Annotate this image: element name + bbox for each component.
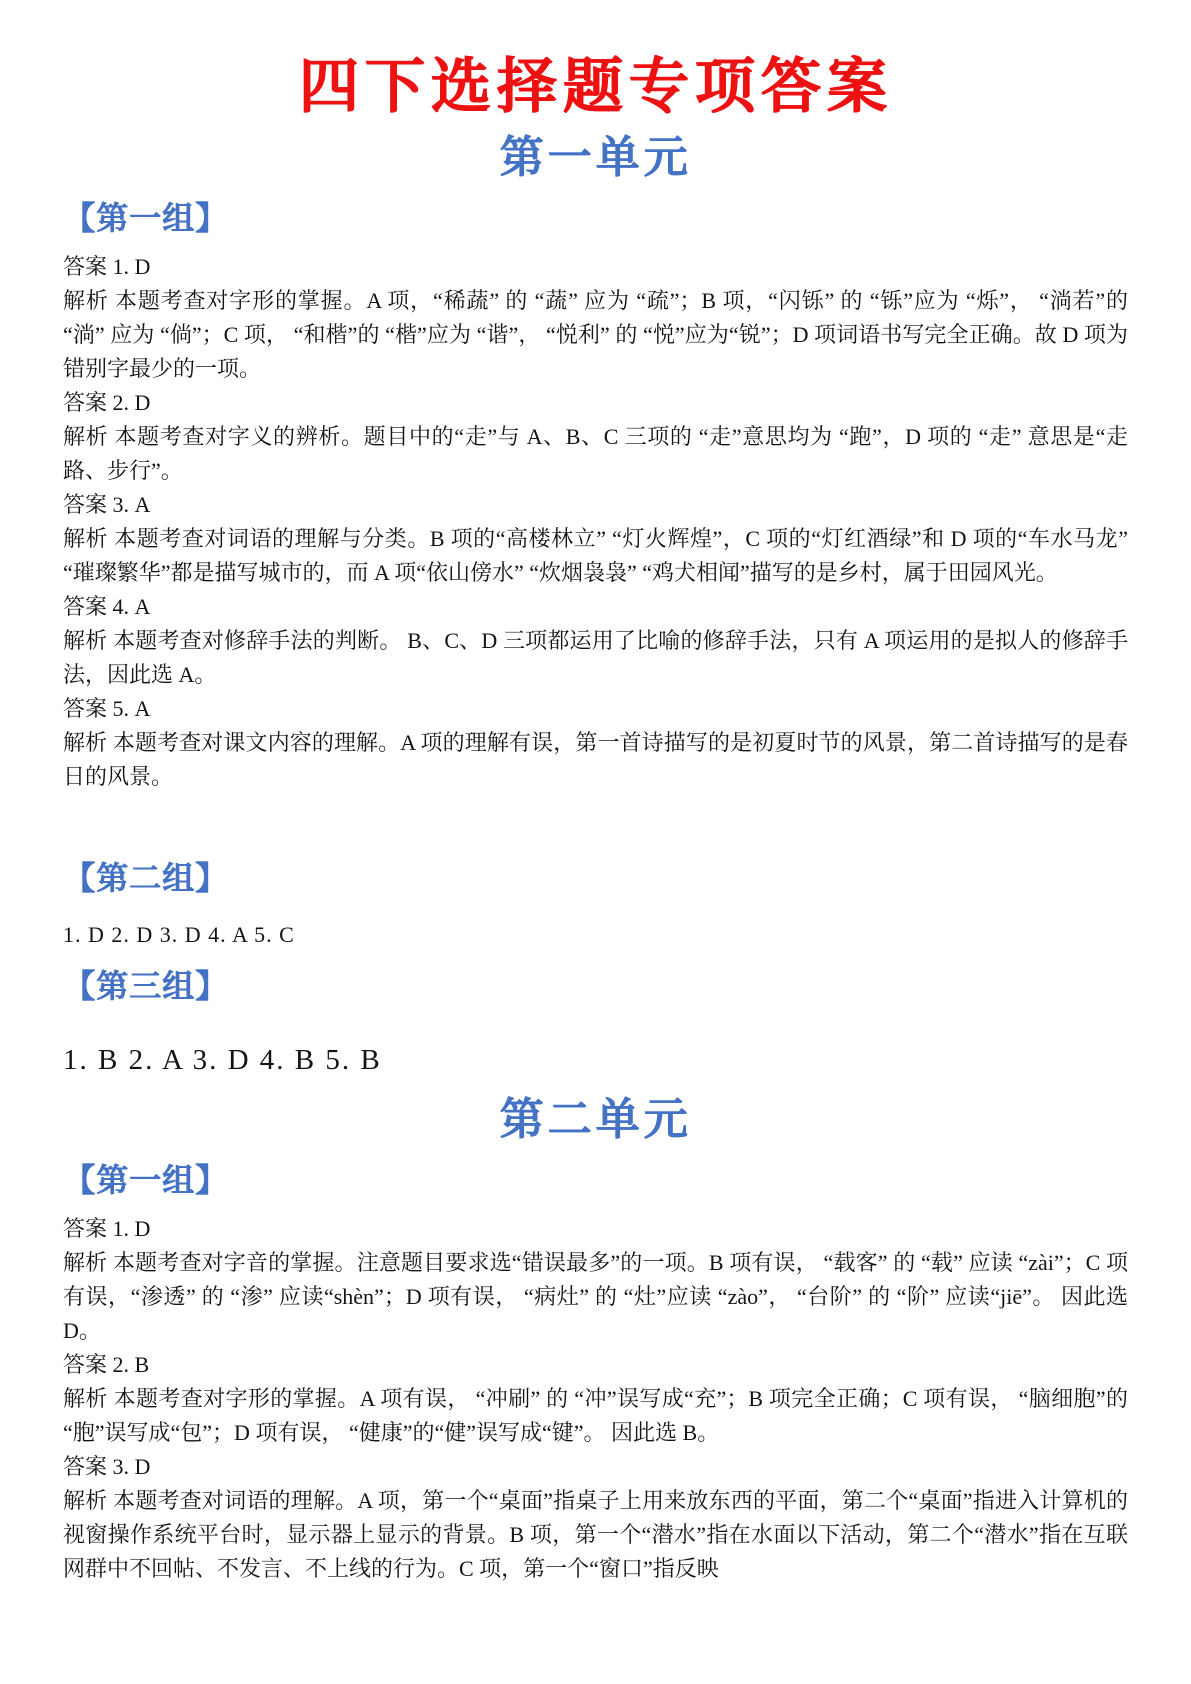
analysis-paragraph: 解析 本题考查对课文内容的理解。A 项的理解有误，第一首诗描写的是初夏时节的风景… bbox=[63, 726, 1128, 794]
answer-line: 答案 3. D bbox=[63, 1450, 1128, 1484]
unit-2-heading: 第二单元 bbox=[63, 1094, 1128, 1146]
analysis-paragraph: 解析 本题考查对修辞手法的判断。 B、C、D 三项都运用了比喻的修辞手法，只有 … bbox=[63, 624, 1128, 692]
document-page: 四下选择题专项答案 第一单元 【第一组】 答案 1. D 解析 本题考查对字形的… bbox=[0, 0, 1191, 1684]
analysis-paragraph: 解析 本题考查对词语的理解与分类。B 项的“高楼林立” “灯火辉煌”，C 项的“… bbox=[63, 522, 1128, 590]
answer-line: 答案 3. A bbox=[63, 488, 1128, 522]
analysis-paragraph: 解析 本题考查对词语的理解。A 项，第一个“桌面”指桌子上用来放东西的平面，第二… bbox=[63, 1484, 1128, 1586]
analysis-paragraph: 解析 本题考查对字义的辨析。题目中的“走”与 A、B、C 三项的 “走”意思均为… bbox=[63, 420, 1128, 488]
group-3-label: 【第三组】 bbox=[63, 966, 1128, 1006]
answers-summary-line: 1. B 2. A 3. D 4. B 5. B bbox=[63, 1040, 1128, 1080]
unit-1-group-3: 【第三组】 1. B 2. A 3. D 4. B 5. B bbox=[63, 966, 1128, 1080]
page-title: 四下选择题专项答案 bbox=[63, 52, 1128, 122]
answer-line: 答案 2. D bbox=[63, 386, 1128, 420]
unit-1-heading: 第一单元 bbox=[63, 132, 1128, 184]
unit-1-group-1: 【第一组】 答案 1. D 解析 本题考查对字形的掌握。A 项，“稀蔬” 的 “… bbox=[63, 198, 1128, 794]
answer-line: 答案 2. B bbox=[63, 1348, 1128, 1382]
analysis-paragraph: 解析 本题考查对字音的掌握。注意题目要求选“错误最多”的一项。B 项有误， “载… bbox=[63, 1246, 1128, 1348]
group-1-label: 【第一组】 bbox=[63, 198, 1128, 238]
answer-line: 答案 1. D bbox=[63, 250, 1128, 284]
group-1-label: 【第一组】 bbox=[63, 1160, 1128, 1200]
answer-line: 答案 1. D bbox=[63, 1212, 1128, 1246]
unit-2-group-1: 【第一组】 答案 1. D 解析 本题考查对字音的掌握。注意题目要求选“错误最多… bbox=[63, 1160, 1128, 1586]
group-2-label: 【第二组】 bbox=[63, 858, 1128, 898]
unit-1-group-2: 【第二组】 1. D 2. D 3. D 4. A 5. C bbox=[63, 858, 1128, 952]
answers-summary-line: 1. D 2. D 3. D 4. A 5. C bbox=[63, 918, 1128, 952]
analysis-paragraph: 解析 本题考查对字形的掌握。A 项有误， “冲刷” 的 “冲”误写成“充”；B … bbox=[63, 1382, 1128, 1450]
answer-line: 答案 4. A bbox=[63, 590, 1128, 624]
answer-line: 答案 5. A bbox=[63, 692, 1128, 726]
analysis-paragraph: 解析 本题考查对字形的掌握。A 项，“稀蔬” 的 “蔬” 应为 “疏”；B 项，… bbox=[63, 284, 1128, 386]
